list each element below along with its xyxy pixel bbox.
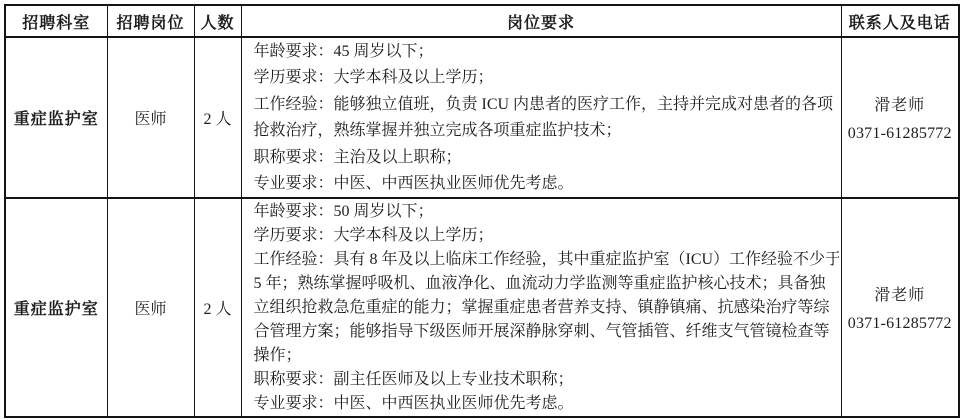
requirement-line: 年龄要求：45 周岁以下；	[254, 39, 839, 65]
department-cell: 重症监护室	[5, 37, 107, 198]
column-header-department: 招聘科室	[5, 5, 107, 37]
requirement-line: 操作；	[254, 344, 839, 368]
contact-phone: 0371-61285772	[842, 315, 959, 333]
position-cell: 医师	[107, 37, 194, 198]
requirement-line: 立组织抢救急危重症的能力；掌握重症患者营养支持、镇静镇痛、抗感染治疗等综	[254, 296, 839, 320]
recruitment-table: 招聘科室 招聘岗位 人数 岗位要求 联系人及电话 重症监护室 医师 2 人 年龄…	[4, 4, 960, 418]
table-row: 重症监护室 医师 2 人 年龄要求：50 周岁以下；学历要求：大学本科及以上学历…	[5, 198, 959, 417]
requirement-line: 专业要求：中医、中西医执业医师优先考虑。	[254, 392, 839, 416]
requirement-line: 职称要求：主治及以上职称；	[254, 145, 839, 171]
contact-name: 滑老师	[842, 282, 959, 305]
requirements-cell: 年龄要求：50 周岁以下；学历要求：大学本科及以上学历；工作经验：具有 8 年及…	[241, 198, 841, 417]
header-row: 招聘科室 招聘岗位 人数 岗位要求 联系人及电话	[5, 5, 959, 37]
requirement-line: 抢救治疗，熟练掌握并独立完成各项重症监护技术；	[254, 118, 839, 144]
contact-cell: 滑老师 0371-61285772	[841, 198, 959, 417]
headcount-cell: 2 人	[194, 198, 241, 417]
table-row: 重症监护室 医师 2 人 年龄要求：45 周岁以下；学历要求：大学本科及以上学历…	[5, 37, 959, 198]
requirement-line: 工作经验：能够独立值班，负责 ICU 内患者的医疗工作，主持并完成对患者的各项	[254, 92, 839, 118]
position-cell: 医师	[107, 198, 194, 417]
requirements-cell: 年龄要求：45 周岁以下；学历要求：大学本科及以上学历；工作经验：能够独立值班，…	[241, 37, 841, 198]
requirement-line: 学历要求：大学本科及以上学历；	[254, 65, 839, 91]
requirement-line: 合管理方案；能够指导下级医师开展深静脉穿刺、气管插管、纤维支气管镜检查等	[254, 320, 839, 344]
column-header-requirements: 岗位要求	[241, 5, 841, 37]
requirement-line: 5 年；熟练掌握呼吸机、血液净化、血流动力学监测等重症监护核心技术；具备独	[254, 272, 839, 296]
requirement-line: 专业要求：中医、中西医执业医师优先考虑。	[254, 171, 839, 197]
column-header-headcount: 人数	[194, 5, 241, 37]
requirement-line: 工作经验：具有 8 年及以上临床工作经验，其中重症监护室（ICU）工作经验不少于	[254, 248, 839, 272]
requirement-line: 职称要求：副主任医师及以上专业技术职称；	[254, 368, 839, 392]
contact-name: 滑老师	[842, 92, 959, 115]
requirement-line: 学历要求：大学本科及以上学历；	[254, 224, 839, 248]
column-header-position: 招聘岗位	[107, 5, 194, 37]
headcount-cell: 2 人	[194, 37, 241, 198]
requirement-line: 年龄要求：50 周岁以下；	[254, 200, 839, 224]
contact-cell: 滑老师 0371-61285772	[841, 37, 959, 198]
column-header-contact: 联系人及电话	[841, 5, 959, 37]
department-cell: 重症监护室	[5, 198, 107, 417]
contact-phone: 0371-61285772	[842, 125, 959, 143]
